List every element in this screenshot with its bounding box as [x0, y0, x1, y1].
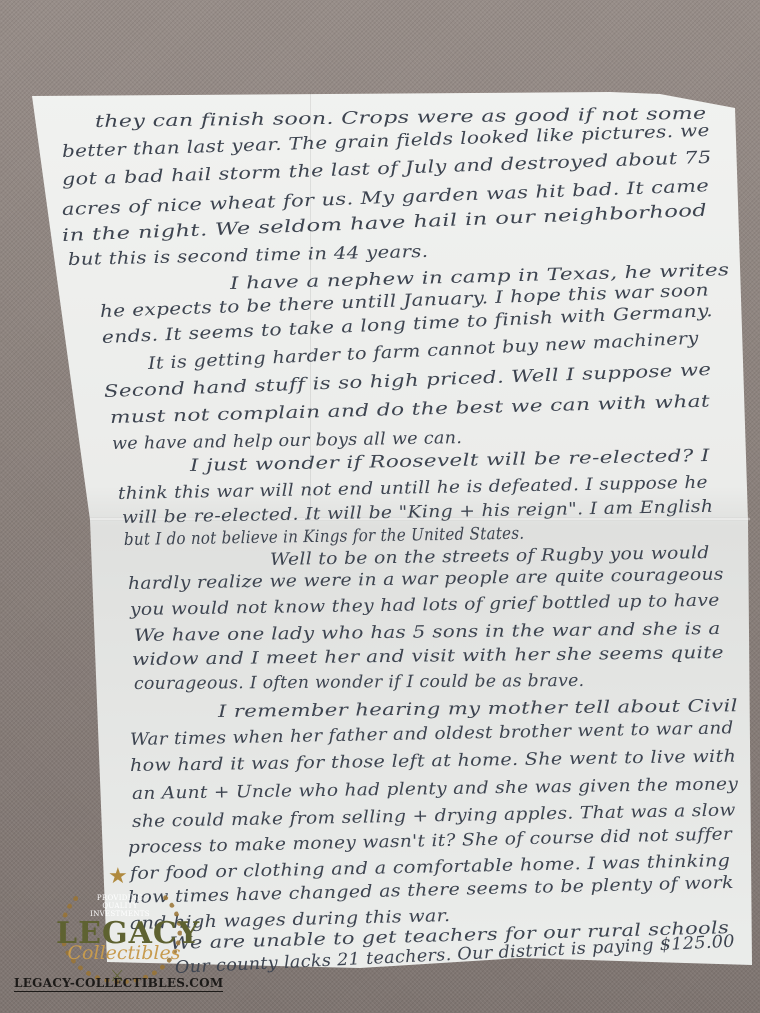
logo-tagline: PROVIDING QUALITY INVESTMENTS [84, 894, 156, 918]
handwritten-line: We have one lady who has 5 sons in the w… [134, 619, 721, 646]
legacy-collectibles-logo: ★ PROVIDING QUALITY INVESTMENTS LEGACY C… [50, 866, 190, 988]
logo-brand-sub: Collectibles [64, 942, 184, 964]
watermark-url: LEGACY-COLLECTIBLES.COM [14, 976, 223, 992]
handwritten-line: an Aunt + Uncle who had plenty and she w… [132, 774, 739, 804]
handwritten-line: you would not know they had lots of grie… [130, 591, 720, 620]
handwritten-line: how hard it was for those left at home. … [130, 747, 737, 776]
handwritten-line: but this is second time in 44 years. [68, 242, 429, 270]
letter: they can finish soon. Crops were as good… [0, 0, 760, 1013]
handwritten-line: hardly realize we were in a war people a… [128, 565, 724, 594]
star-icon: ★ [108, 866, 128, 888]
handwritten-line: courageous. I often wonder if I could be… [134, 671, 585, 694]
handwritten-line: I remember hearing my mother tell about … [218, 696, 738, 722]
handwritten-text: they can finish soon. Crops were as good… [0, 0, 760, 1013]
handwritten-line: War times when her father and oldest bro… [130, 718, 734, 750]
handwritten-line: we have and help our boys all we can. [112, 428, 463, 454]
handwritten-line: widow and I meet her and visit with her … [132, 643, 724, 670]
